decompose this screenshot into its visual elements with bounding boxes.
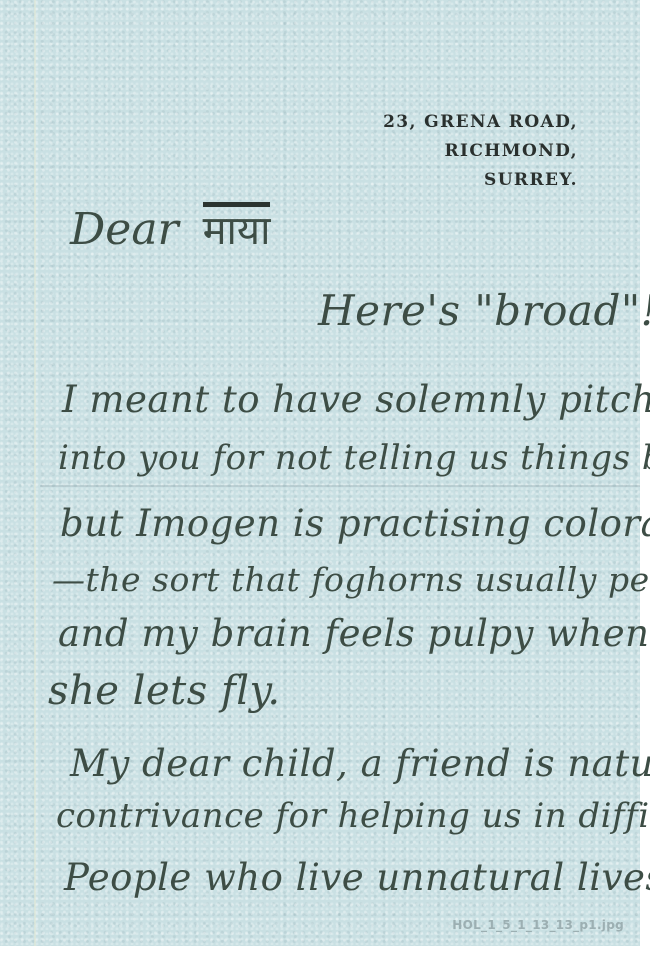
letter-line: —the sort that foghorns usually perform— bbox=[52, 560, 650, 599]
archive-watermark: HOL_1_5_1_13_13_p1.jpg bbox=[452, 918, 624, 932]
address-line-town: RICHMOND, bbox=[383, 137, 578, 166]
address-line-county: SURREY. bbox=[383, 166, 578, 195]
address-line-street: 23, GRENA ROAD, bbox=[383, 108, 578, 137]
letter-line: I meant to have solemnly pitched bbox=[62, 378, 650, 421]
letter-line: but Imogen is practising coloratura bbox=[60, 502, 650, 545]
salutation-name: माया bbox=[203, 202, 271, 253]
letter-line: Here's "broad"! bbox=[318, 286, 650, 335]
letter-line: People who live unnatural lives prefer bbox=[64, 856, 650, 899]
letter-line: into you for not telling us things befor… bbox=[58, 438, 650, 478]
salutation-prefix: Dear bbox=[70, 204, 179, 255]
letter-line: and my brain feels pulpy whenever bbox=[58, 612, 650, 655]
salutation: Dear माया bbox=[70, 202, 270, 255]
letter-line: contrivance for helping us in difficulti… bbox=[56, 796, 650, 836]
letter-line: she lets fly. bbox=[48, 668, 281, 714]
paper-crease bbox=[40, 485, 640, 487]
letterhead-address: 23, GRENA ROAD, RICHMOND, SURREY. bbox=[383, 108, 578, 195]
paper-fold-line bbox=[34, 0, 36, 946]
letter-page: 23, GRENA ROAD, RICHMOND, SURREY. Dear म… bbox=[0, 0, 640, 946]
letter-line: My dear child, a friend is nature's bbox=[70, 742, 650, 785]
